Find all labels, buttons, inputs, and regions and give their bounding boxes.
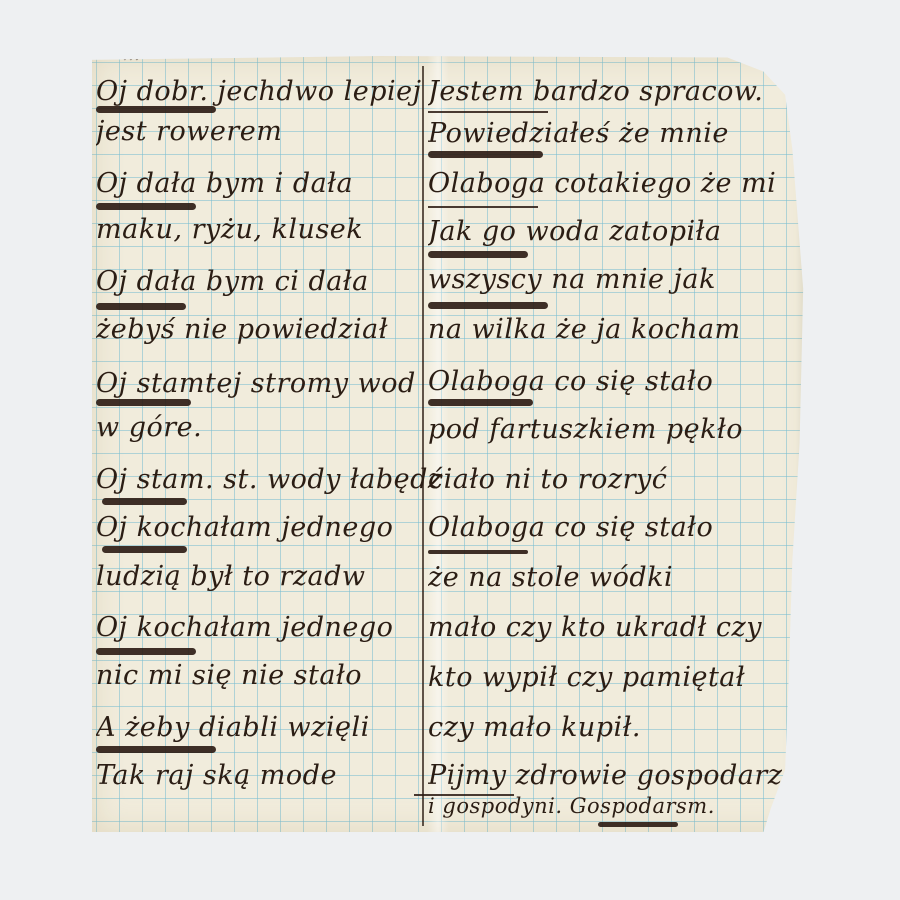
right-line: pod fartuszkiem pękło [428,414,743,454]
right-line: Jestem bardzo spracow. [428,76,763,116]
right-line: Olaboga co się stało [428,512,713,552]
grid-paper-note: … Oj dobr. jechdwo lepiej jest rowerem O… [92,56,814,832]
right-line: na wilka że ja kocham [428,314,741,354]
right-line: wszyscy na mnie jak [428,264,716,304]
underline-mark [102,498,187,505]
underline-mark [96,746,216,753]
left-line: maku, ryżu, klusek [96,214,363,254]
underline-mark [598,822,678,827]
underline-mark [428,251,528,258]
underline-mark [428,399,533,406]
right-line: Jak go woda zatopiła [428,216,722,256]
underline-mark [428,151,543,158]
underline-mark [96,399,191,406]
torn-edge [796,56,814,832]
left-line: Oj dała bym i dała [96,168,353,208]
underline-mark [96,648,196,655]
underline-mark [96,106,216,113]
underline-mark [428,111,548,113]
underline-mark [96,203,196,210]
left-line: w góre. [96,412,202,452]
left-line: Oj dała bym ci dała [96,266,369,306]
underline-mark [428,302,548,309]
right-line: mało czy kto ukradł czy [428,612,762,652]
left-line: Tak raj ską mode [96,760,337,800]
left-line: Oj kochałam jednego [96,612,393,652]
left-line: nic mi się nie stało [96,660,362,700]
right-line: Olaboga cotakiego że mi [428,168,776,208]
underline-mark [96,303,186,310]
left-line: jest rowerem [96,116,282,156]
right-line: i gospodyni. Gospodarsm. [428,794,715,834]
underline-mark [428,550,528,554]
underline-mark [102,546,187,553]
underline-mark [428,206,538,208]
right-line: czy mało kupił. [428,712,641,752]
right-line: że na stole wódki [428,562,673,602]
right-line: ciało ni to rozryć [428,464,667,504]
left-line: żebyś nie powiedział [96,314,388,354]
column-divider-line [422,66,424,826]
left-line: ludzią był to rzadw [96,561,366,601]
top-cut-text: … [122,44,140,65]
right-line: kto wypił czy pamiętał [428,662,745,702]
